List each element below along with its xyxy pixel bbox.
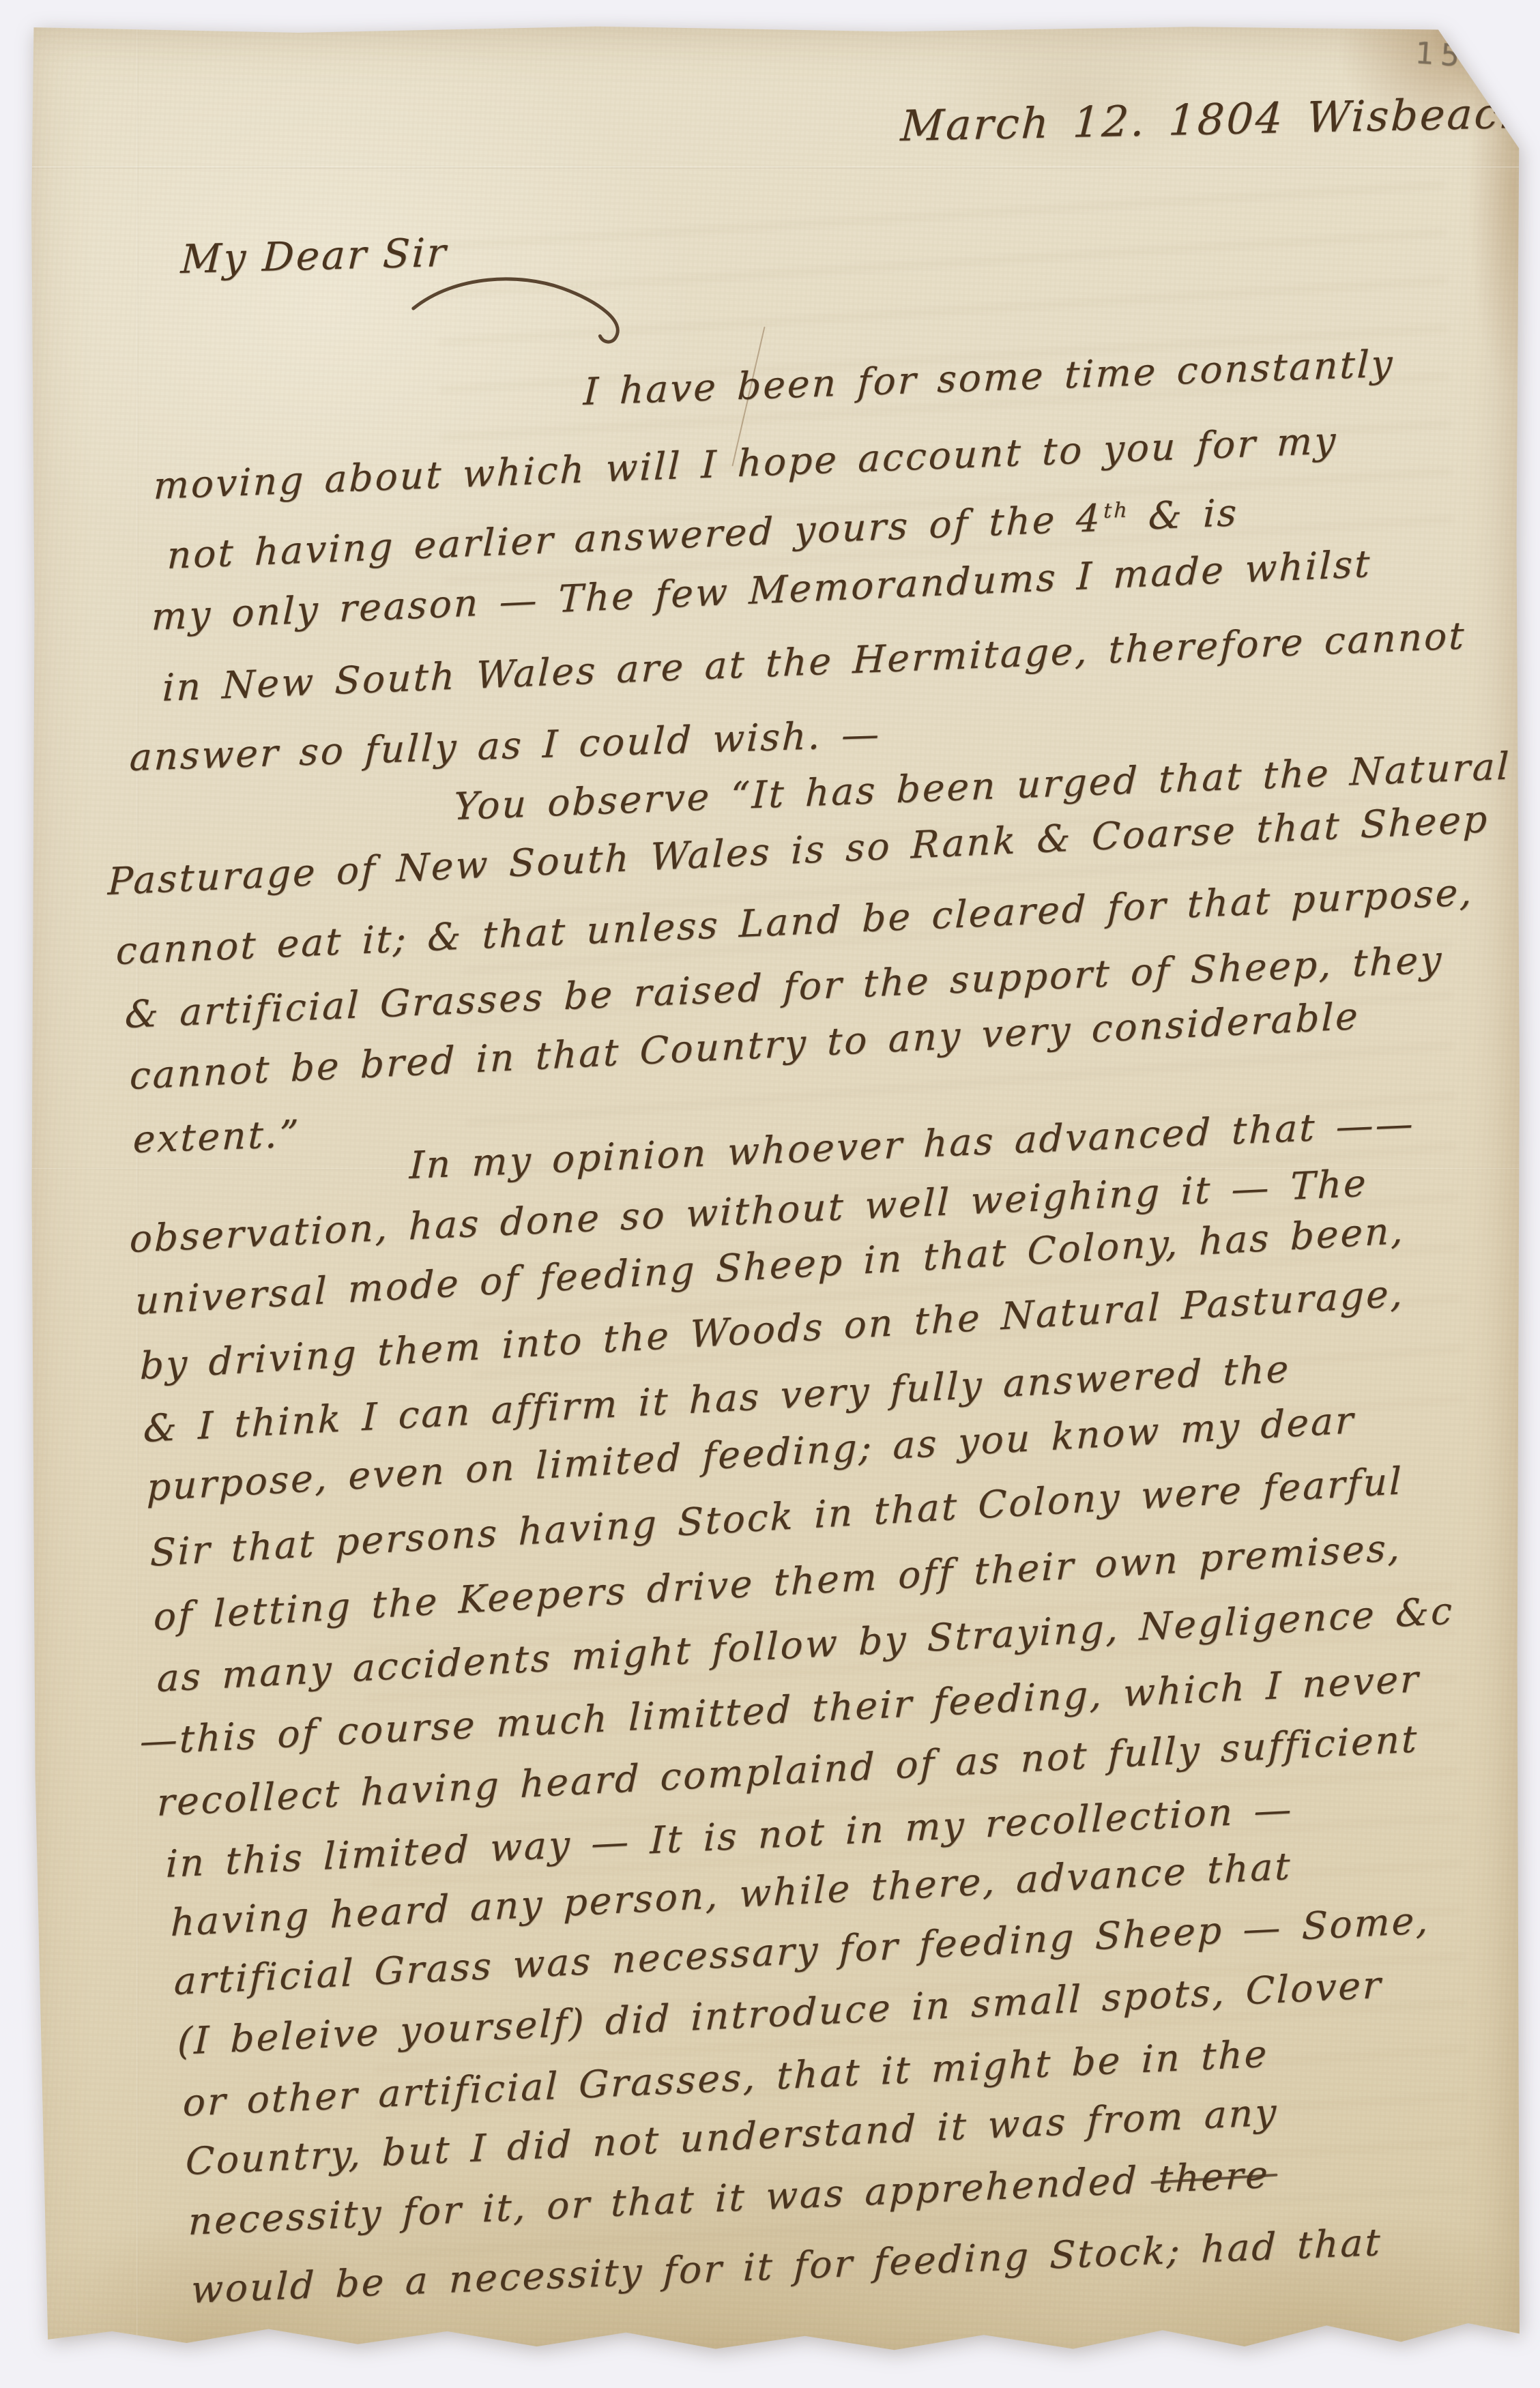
- struck-word: there: [1157, 2153, 1270, 2201]
- pencil-folio-number: 153: [1414, 35, 1492, 76]
- dateline: March 12. 1804 Wisbeach.: [899, 87, 1540, 151]
- letter-line: answer so fully as I could wish. —: [129, 712, 882, 779]
- letter-line: extent.”: [132, 1111, 301, 1161]
- salutation: My Dear Sir: [180, 229, 449, 282]
- letter-paper-wrap: 153 March 12. 1804 Wisbeach. My Dear Sir…: [30, 25, 1520, 2359]
- fold-crease-vertical: [136, 25, 139, 2359]
- letter-paper: 153 March 12. 1804 Wisbeach. My Dear Sir…: [30, 25, 1520, 2359]
- fold-crease-horizontal: [30, 166, 1520, 169]
- letter-line: I have been for some time constantly: [583, 341, 1395, 413]
